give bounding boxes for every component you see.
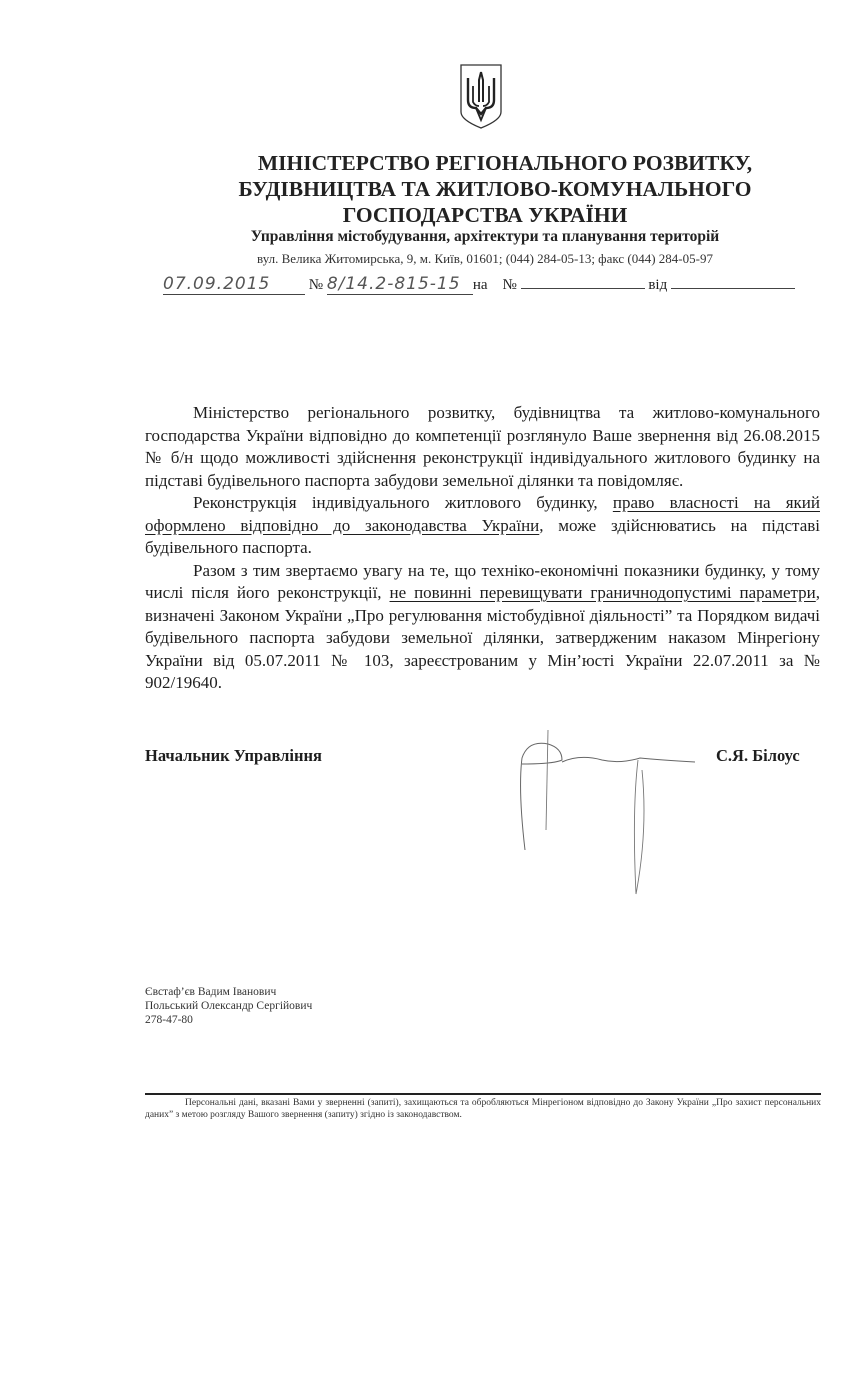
executor-1: Євстаф’єв Вадим Іванович <box>145 985 312 999</box>
reply-number-label: № <box>503 277 517 293</box>
signatory-title: Начальник Управління <box>145 746 322 766</box>
ministry-title-line1: МІНІСТЕРСТВО РЕГІОНАЛЬНОГО РОЗВИТКУ, <box>80 150 850 176</box>
ministry-title-line2: БУДІВНИЦТВА ТА ЖИТЛОВО-КОМУНАЛЬНОГО <box>70 176 850 202</box>
coat-of-arms-icon <box>458 62 504 130</box>
reply-number-field <box>521 288 645 289</box>
reply-label: на <box>473 277 488 293</box>
ministry-title-line3: ГОСПОДАРСТВА УКРАЇНИ <box>60 202 850 228</box>
underlined-limits: не повинні перевищувати граничнодопустим… <box>390 583 816 602</box>
ministry-address: вул. Велика Житомирська, 9, м. Київ, 016… <box>60 251 850 267</box>
executor-phone: 278-47-80 <box>145 1013 312 1027</box>
handwritten-signature <box>510 730 700 905</box>
reference-line: 07.09.2015 № 8/14.2-815-15на № від <box>163 274 823 300</box>
paragraph-3: Разом з тим звертаємо увагу на те, що те… <box>145 560 820 695</box>
number-label: № <box>309 277 323 293</box>
outgoing-date: 07.09.2015 <box>163 274 305 295</box>
paragraph-2: Реконструкція індивідуального житлового … <box>145 492 820 560</box>
paragraph-1: Міністерство регіонального розвитку, буд… <box>145 402 820 492</box>
outgoing-number: 8/14.2-815-15 <box>327 274 473 295</box>
signatory-name: С.Я. Білоус <box>716 746 800 766</box>
executor-2: Польський Олександр Сергійович <box>145 999 312 1013</box>
department-name: Управління містобудування, архітектури т… <box>60 228 850 246</box>
from-label: від <box>648 277 667 293</box>
personal-data-notice: Персональні дані, вказані Вами у звернен… <box>145 1097 821 1121</box>
executors-block: Євстаф’єв Вадим Іванович Польський Олекс… <box>145 985 312 1027</box>
from-date-field <box>671 288 795 289</box>
letter-body: Міністерство регіонального розвитку, буд… <box>145 402 820 695</box>
footer-divider <box>145 1093 821 1095</box>
